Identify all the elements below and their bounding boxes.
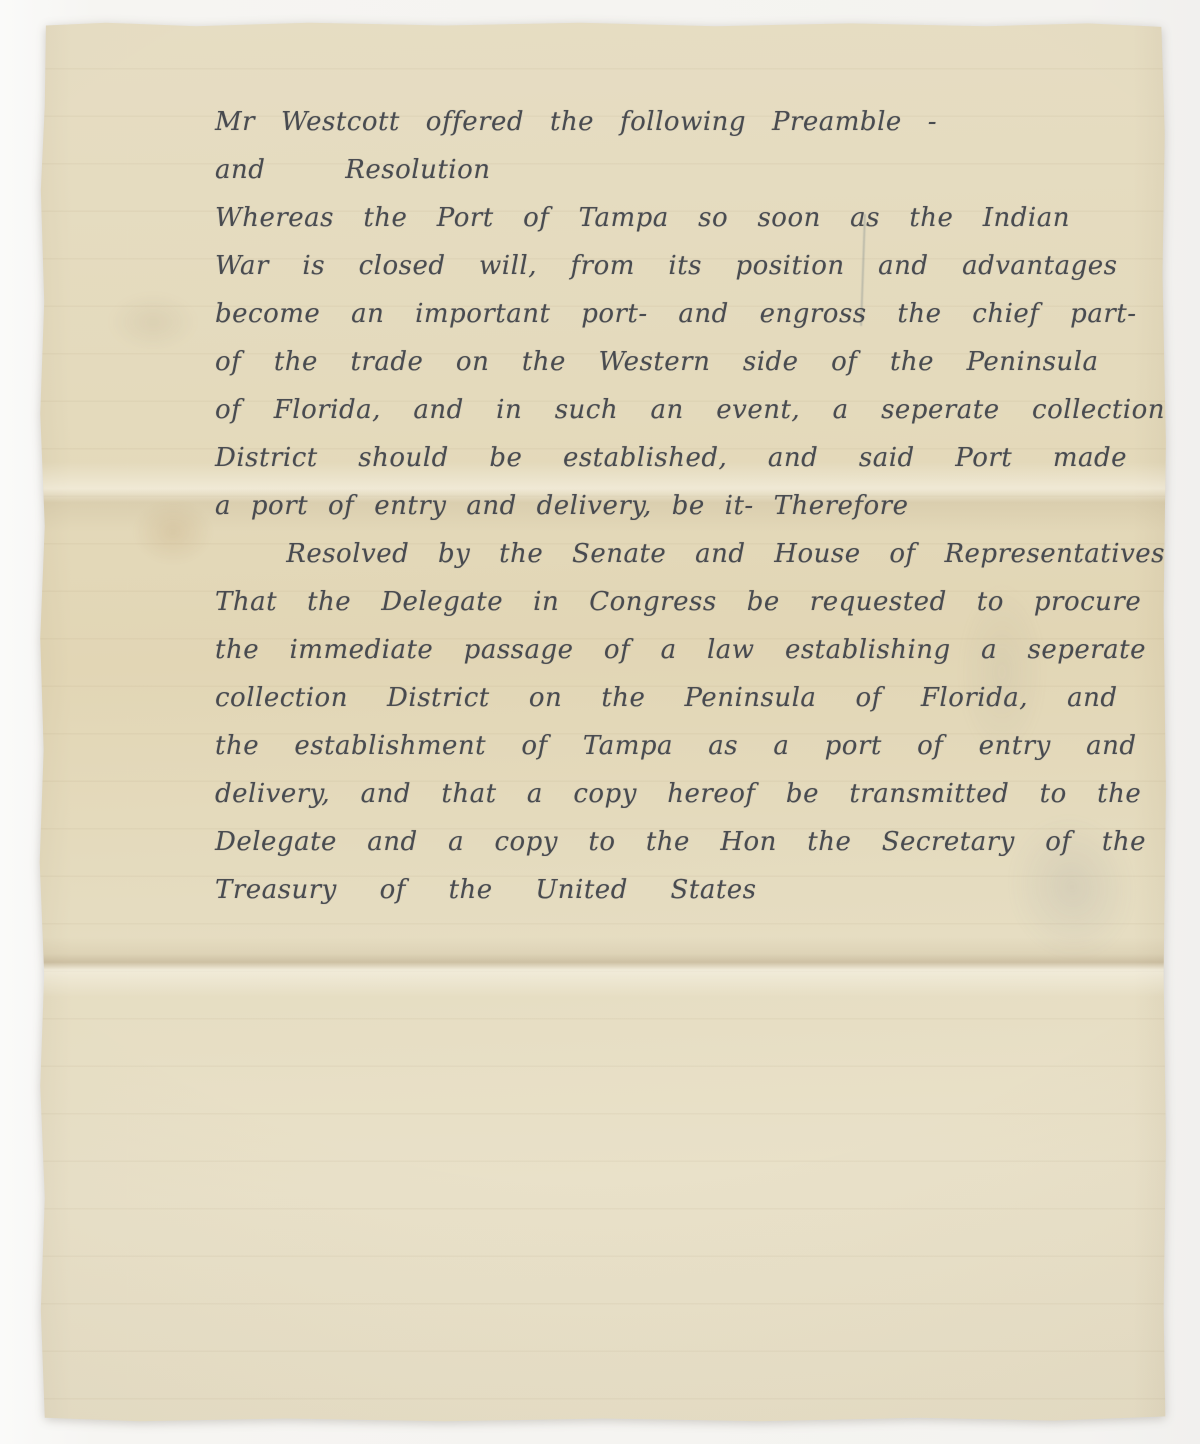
manuscript-line: of Florida, and in such an event, a sepe…	[215, 386, 1165, 434]
manuscript-line: War is closed will, from its position an…	[215, 242, 1118, 290]
manuscript-text: Mr Westcott offered the following Preamb…	[215, 98, 1165, 914]
manuscript-line: Delegate and a copy to the Hon the Secre…	[215, 818, 1146, 866]
scan-background: Mr Westcott offered the following Preamb…	[0, 0, 1200, 1444]
manuscript-line: Whereas the Port of Tampa so soon as the…	[215, 194, 1070, 242]
manuscript-line: Treasury of the United States	[215, 866, 757, 914]
manuscript-line: District should be established, and said…	[215, 434, 1127, 482]
manuscript-line: That the Delegate in Congress be request…	[215, 578, 1141, 626]
manuscript-line: become an important port- and engross th…	[215, 290, 1137, 338]
manuscript-line: the immediate passage of a law establish…	[215, 626, 1146, 674]
manuscript-line: Mr Westcott offered the following Preamb…	[215, 98, 937, 146]
manuscript-line: a port of entry and delivery, be it- The…	[215, 482, 909, 530]
manuscript-line: of the trade on the Western side of the …	[215, 338, 1099, 386]
paper-sheet: Mr Westcott offered the following Preamb…	[38, 22, 1167, 1422]
manuscript-line: delivery, and that a copy hereof be tran…	[215, 770, 1141, 818]
manuscript-page: Mr Westcott offered the following Preamb…	[38, 22, 1167, 1422]
manuscript-line: collection District on the Peninsula of …	[215, 674, 1118, 722]
manuscript-line: the establishment of Tampa as a port of …	[215, 722, 1137, 770]
manuscript-line: and Resolution	[215, 146, 491, 194]
manuscript-line: Resolved by the Senate and House of Repr…	[286, 530, 1165, 578]
